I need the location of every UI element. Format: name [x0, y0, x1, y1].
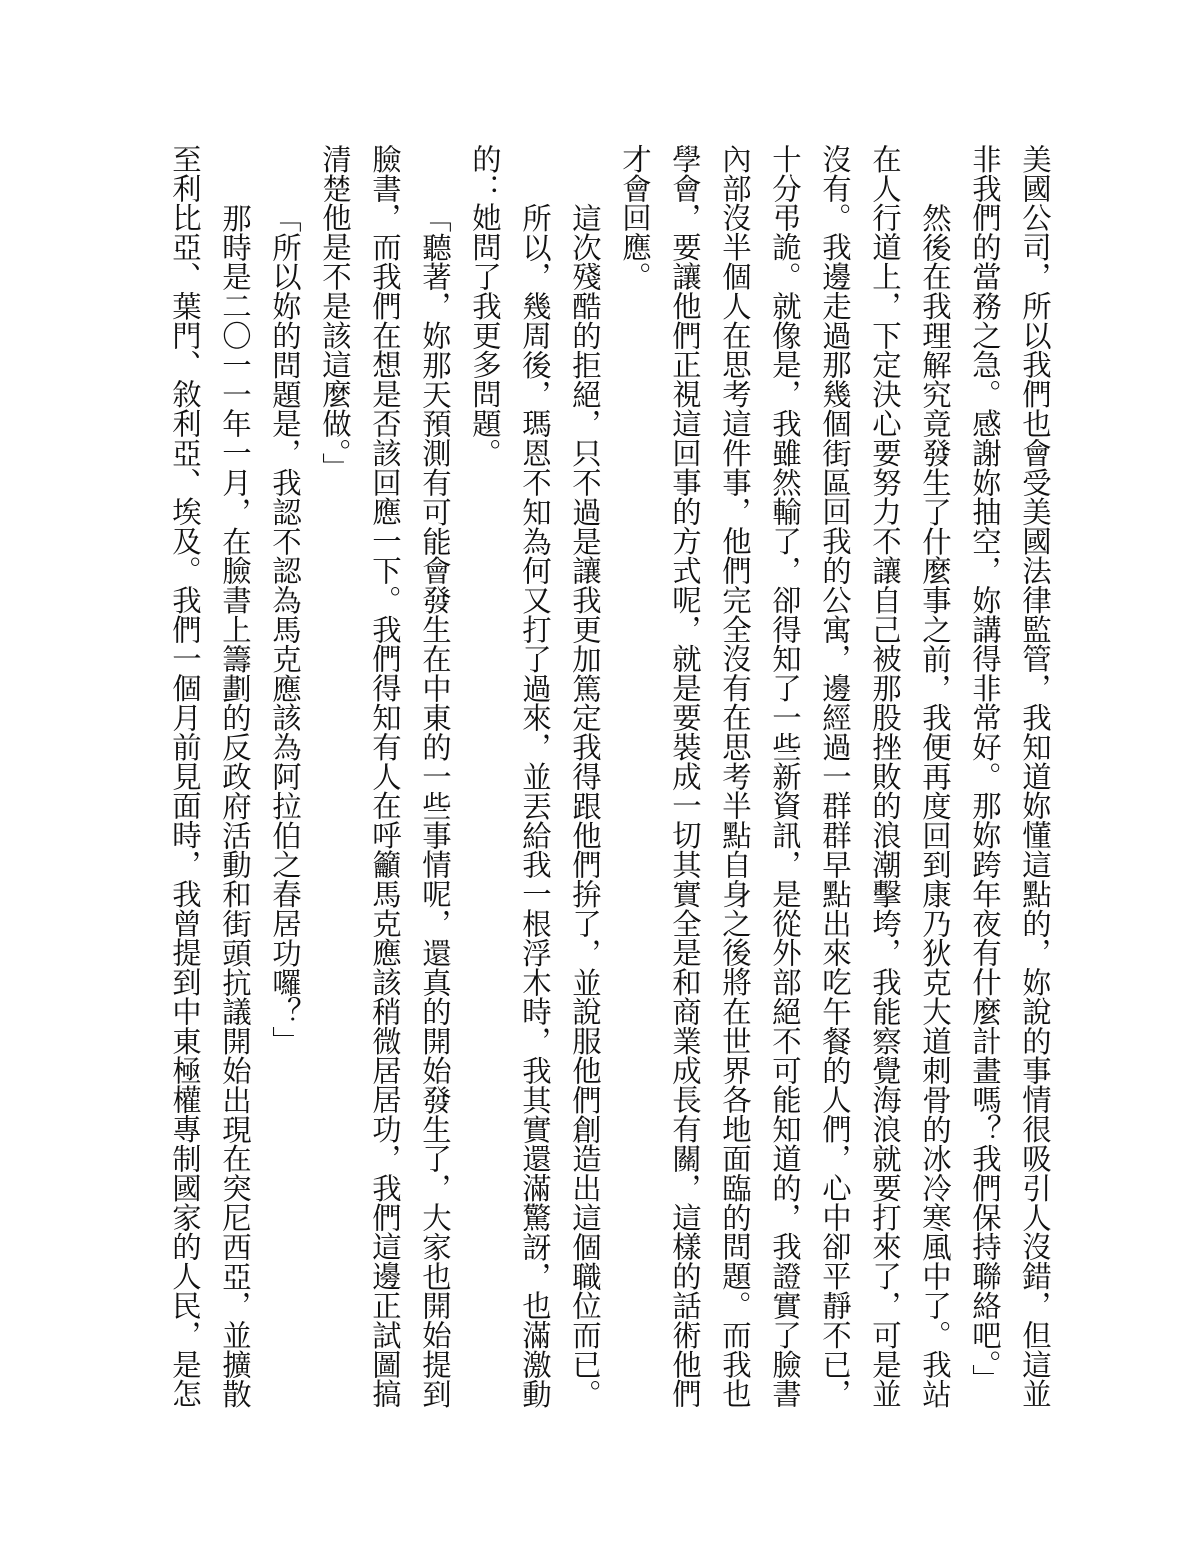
paragraph-4: 所以，幾周後，瑪恩不知為何又打了過來，並丟給我一根浮木時，我其實還滿驚訝，也滿激…: [460, 144, 560, 1419]
paragraph-6: 「所以妳的問題是，我認不認為馬克應該為阿拉伯之春居功囉？」: [260, 144, 310, 1419]
paragraph-3: 這次殘酷的拒絕，只不過是讓我更加篤定我得跟他們拚了，並說服他們創造出這個職位而已…: [560, 144, 610, 1419]
paragraph-7: 那時是二〇一一年一月，在臉書上籌劃的反政府活動和街頭抗議開始出現在突尼西亞，並擴…: [160, 144, 260, 1419]
paragraph-5: 「聽著，妳那天預測有可能會發生在中東的一些事情呢，還真的開始發生了，大家也開始提…: [310, 144, 460, 1419]
paragraph-1: 美國公司，所以我們也會受美國法律監管，我知道妳懂這點的，妳說的事情很吸引人沒錯，…: [960, 144, 1060, 1419]
paragraph-2: 然後在我理解究竟發生了什麼事之前，我便再度回到康乃狄克大道刺骨的冰冷寒風中了。我…: [610, 144, 960, 1419]
book-page: 美國公司，所以我們也會受美國法律監管，我知道妳懂這點的，妳說的事情很吸引人沒錯，…: [160, 144, 1060, 1419]
